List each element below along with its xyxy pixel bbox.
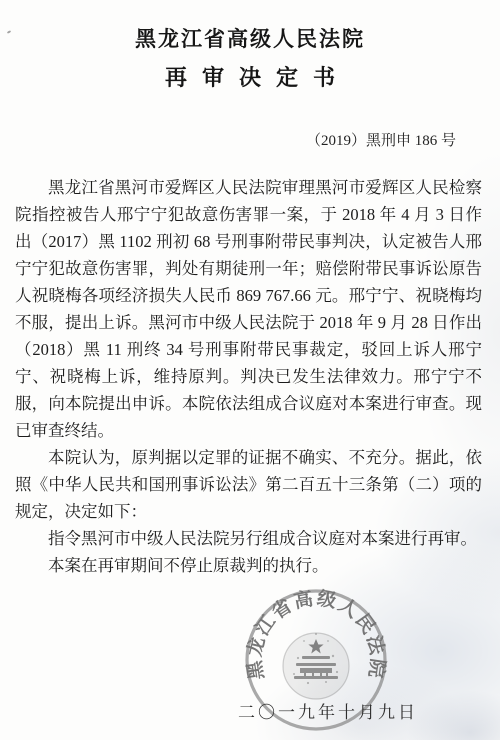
decision-date: 二〇一九年十月九日	[238, 698, 418, 723]
doc-type-heading: 再审决定书	[0, 61, 500, 92]
paragraph-procedural-history: 黑龙江省黑河市爱辉区人民法院审理黑河市爱辉区人民检察院指控被告人邢宁宁犯故意伤害…	[15, 174, 482, 444]
national-emblem-icon	[283, 633, 349, 699]
document-page: 黑龙江省高级人民法院 再审决定书 （2019）黑刑申 186 号 黑龙江省黑河市…	[0, 0, 500, 740]
document-body: 黑龙江省黑河市爱辉区人民法院审理黑河市爱辉区人民检察院指控被告人邢宁宁犯故意伤害…	[0, 174, 500, 579]
court-name-heading: 黑龙江省高级人民法院	[0, 23, 500, 53]
paragraph-court-opinion: 本院认为，原判据以定罪的证据不确实、不充分。据此，依照《中华人民共和国刑事诉讼法…	[15, 444, 482, 525]
case-number: （2019）黑刑申 186 号	[0, 129, 500, 150]
paragraph-execution-note: 本案在再审期间不停止原裁判的执行。	[15, 552, 482, 579]
paragraph-decision-order: 指令黑河市中级人民法院另行组成合议庭对本案进行再审。	[15, 525, 482, 552]
